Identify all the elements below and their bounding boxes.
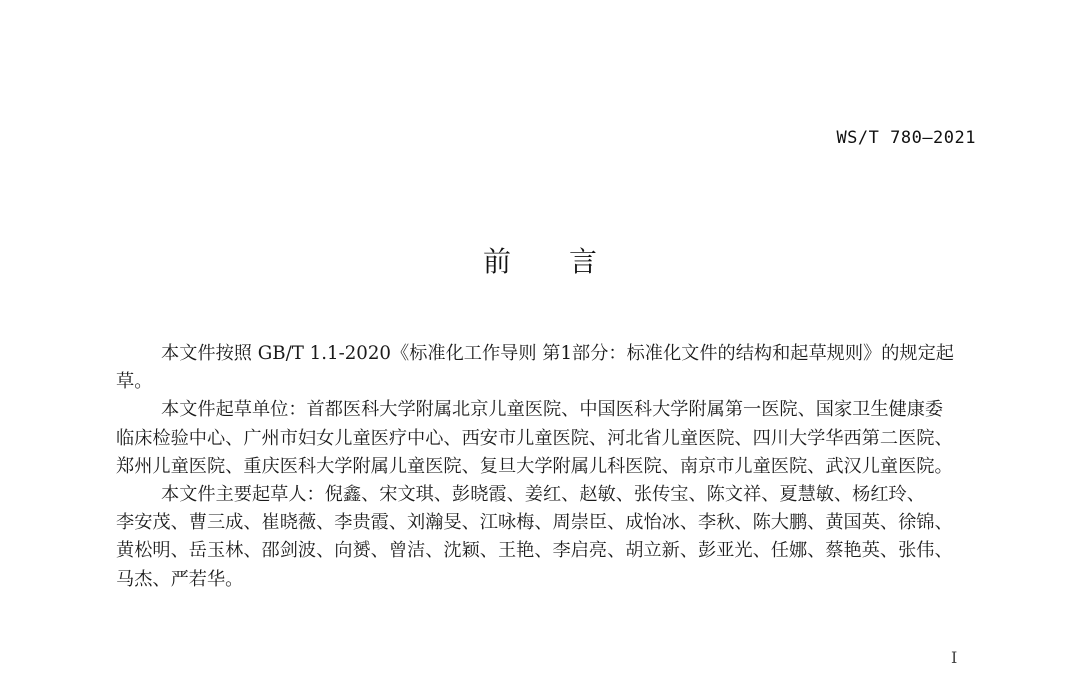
- text-line: 马杰、严若华。: [116, 566, 986, 594]
- title-char-2: 言: [569, 240, 597, 280]
- text-line: 本文件起草单位：首都医科大学附属北京儿童医院、中国医科大学附属第一医院、国家卫生…: [116, 396, 986, 424]
- foreword-body: 本文件按照 GB/T 1.1-2020《标准化工作导则 第1部分：标准化文件的结…: [116, 340, 986, 594]
- text-line: 草。: [116, 368, 986, 396]
- standard-code: WS/T 780—2021: [836, 128, 976, 148]
- title-char-1: 前: [483, 240, 511, 280]
- paragraph-drafters: 本文件主要起草人：倪鑫、宋文琪、彭晓霞、姜红、赵敏、张传宝、陈文祥、夏慧敏、杨红…: [116, 481, 986, 594]
- page-number: I: [951, 648, 957, 667]
- text-line: 李安茂、曹三成、崔晓薇、李贵霞、刘瀚旻、江咏梅、周崇臣、成怡冰、李秋、陈大鹏、黄…: [116, 509, 986, 537]
- text-line: 本文件主要起草人：倪鑫、宋文琪、彭晓霞、姜红、赵敏、张传宝、陈文祥、夏慧敏、杨红…: [116, 481, 986, 509]
- page-title: 前言: [0, 240, 1080, 280]
- text-line: 临床检验中心、广州市妇女儿童医疗中心、西安市儿童医院、河北省儿童医院、四川大学华…: [116, 425, 986, 453]
- paragraph-standard-basis: 本文件按照 GB/T 1.1-2020《标准化工作导则 第1部分：标准化文件的结…: [116, 340, 986, 396]
- text-line: 黄松明、岳玉林、邵剑波、向赟、曾洁、沈颖、王艳、李启亮、胡立新、彭亚光、任娜、蔡…: [116, 537, 986, 565]
- text-line: 郑州儿童医院、重庆医科大学附属儿童医院、复旦大学附属儿科医院、南京市儿童医院、武…: [116, 453, 986, 481]
- text-line: 本文件按照 GB/T 1.1-2020《标准化工作导则 第1部分：标准化文件的结…: [116, 340, 986, 368]
- paragraph-drafting-units: 本文件起草单位：首都医科大学附属北京儿童医院、中国医科大学附属第一医院、国家卫生…: [116, 396, 986, 481]
